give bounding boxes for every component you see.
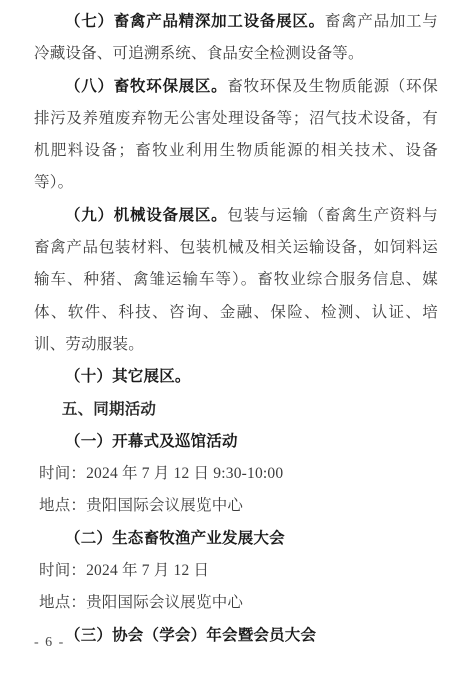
zone-9-body: 包装与运输（畜禽生产资料与畜禽产品包装材料、包装机械及相关运输设备，如饲料运输车… — [34, 207, 438, 353]
document-page: （七）畜禽产品精深加工设备展区。畜禽产品加工与冷藏设备、可追溯系统、食品安全检测… — [0, 0, 460, 673]
activity-1-time: 时间：2024 年 7 月 12 日 9:30-10:00 — [34, 458, 438, 490]
zone-10-heading: （十）其它展区。 — [65, 368, 191, 385]
section-heading-concurrent-activities: 五、同期活动 — [34, 394, 438, 426]
activity-3-title: （三）协会（学会）年会暨会员大会 — [34, 620, 438, 652]
activity-1-place: 地点：贵阳国际会议展览中心 — [34, 490, 438, 522]
activity-2-time: 时间：2024 年 7 月 12 日 — [34, 555, 438, 587]
zone-paragraph-7: （七）畜禽产品精深加工设备展区。畜禽产品加工与冷藏设备、可追溯系统、食品安全检测… — [34, 6, 438, 71]
document-text-block: （七）畜禽产品精深加工设备展区。畜禽产品加工与冷藏设备、可追溯系统、食品安全检测… — [34, 6, 438, 652]
zone-7-heading: （七）畜禽产品精深加工设备展区。 — [65, 13, 325, 30]
zone-paragraph-9: （九）机械设备展区。包装与运输（畜禽生产资料与畜禽产品包装材料、包装机械及相关运… — [34, 200, 438, 361]
zone-9-heading: （九）机械设备展区。 — [65, 207, 227, 224]
zone-paragraph-10: （十）其它展区。 — [34, 361, 438, 393]
zone-paragraph-8: （八）畜牧环保展区。畜牧环保及生物质能源（环保排污及养殖废弃物无公害处理设备等；… — [34, 71, 438, 200]
activity-1-title: （一）开幕式及巡馆活动 — [34, 426, 438, 458]
activity-2-place: 地点：贵阳国际会议展览中心 — [34, 587, 438, 619]
activity-2-title: （二）生态畜牧渔产业发展大会 — [34, 523, 438, 555]
page-number: - 6 - — [34, 633, 65, 653]
zone-8-heading: （八）畜牧环保展区。 — [65, 78, 227, 95]
